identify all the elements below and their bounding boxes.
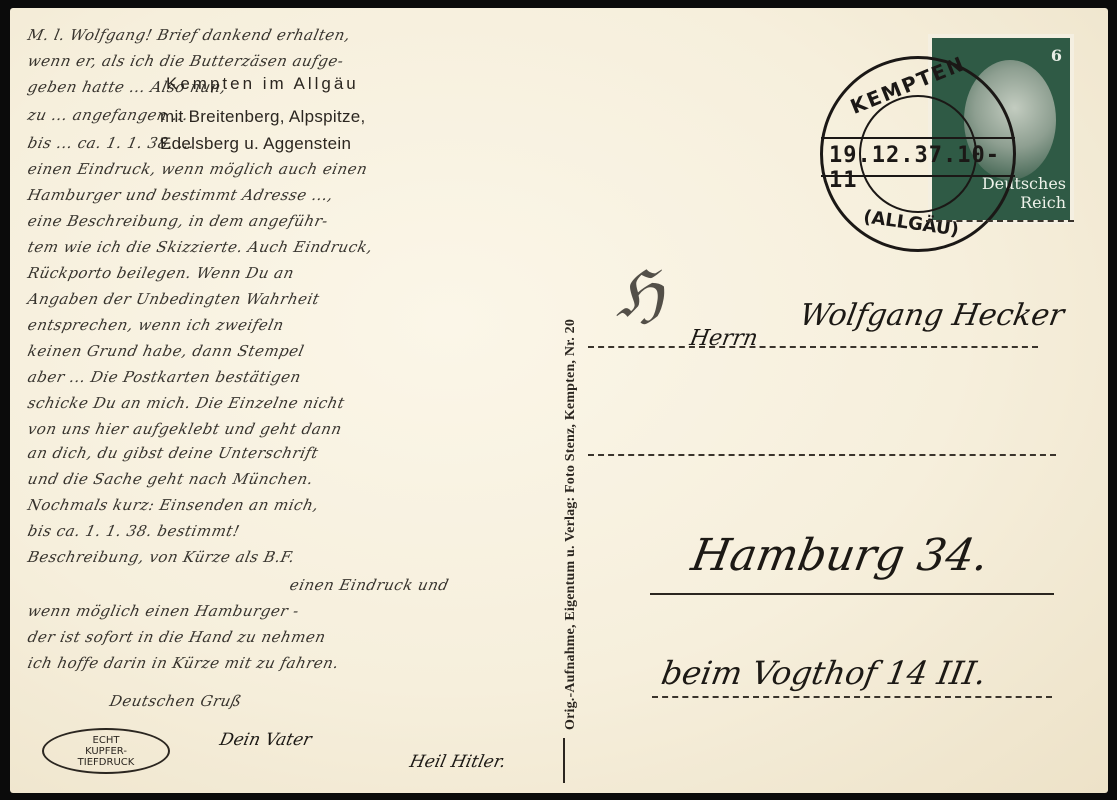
- postcard-back: Kempten im Allgäu mit Breitenberg, Alpsp…: [10, 8, 1108, 793]
- address-line-3: [652, 696, 1052, 698]
- print-mark-line: TIEFDRUCK: [44, 757, 168, 768]
- address-street: beim Vogthof 14 III.: [659, 654, 990, 692]
- divider-line: [563, 738, 565, 783]
- message-line: M. l. Wolfgang! Brief dankend erhalten,: [26, 26, 352, 44]
- message-line: Beschreibung, von Kürze als B.F.: [26, 548, 296, 566]
- message-line: wenn möglich einen Hamburger -: [26, 602, 301, 620]
- message-line: bis ca. 1. 1. 38. bestimmt!: [26, 522, 241, 540]
- print-mark-oval: ECHT KUPFER- TIEFDRUCK: [42, 728, 170, 774]
- address-line-2: [588, 454, 1056, 456]
- publisher-imprint: Orig.-Aufnahme, Eigentum u. Verlag: Foto…: [563, 319, 579, 730]
- print-mark-line: KUPFER-: [44, 746, 168, 757]
- postmark-date: 19.12.37.10-11: [829, 143, 1013, 193]
- message-line: geben hatte ... Also nun,: [26, 78, 228, 96]
- address-line-1: [588, 346, 1038, 348]
- message-line: Nochmals kurz: Einsenden an mich,: [26, 496, 320, 514]
- message-line: zu ... angefangen ...: [26, 106, 190, 124]
- stamp-value: 6: [1051, 46, 1062, 65]
- address-city-underline: [650, 593, 1054, 595]
- print-mark-line: ECHT: [44, 735, 168, 746]
- message-line: und die Sache geht nach München.: [26, 470, 315, 488]
- message-line: Hamburger und bestimmt Adresse ...,: [26, 186, 335, 204]
- message-line: von uns hier aufgeklebt und geht dann: [26, 420, 344, 438]
- printed-subtitle-1: mit Breitenberg, Alpspitze,: [160, 107, 366, 127]
- address-city: Hamburg 34.: [688, 530, 993, 581]
- signature: Dein Vater: [218, 730, 314, 750]
- message-line: entsprechen, wenn ich zweifeln: [26, 316, 286, 334]
- closing: Heil Hitler.: [408, 752, 508, 772]
- salutation-flourish: ℌ: [613, 258, 674, 332]
- message-line: der ist sofort in die Hand zu nehmen: [26, 628, 327, 646]
- message-line: an dich, du gibst deine Unterschrift: [26, 444, 320, 462]
- message-line: aber ... Die Postkarten bestätigen: [26, 368, 303, 386]
- stamp-area-line: [926, 220, 1074, 222]
- message-line: einen Eindruck und: [288, 576, 450, 594]
- message-line: ich hoffe darin in Kürze mit zu fahren.: [26, 654, 341, 672]
- message-line: Deutschen Gruß: [108, 692, 243, 710]
- message-line: wenn er, als ich die Butterzäsen aufge-: [26, 52, 345, 70]
- postmark-cancel: KEMPTEN 19.12.37.10-11 (ALLGÄU): [820, 56, 1016, 252]
- message-line: eine Beschreibung, in dem angeführ-: [26, 212, 330, 230]
- message-line: bis ... ca. 1. 1. 38. ...: [26, 134, 196, 152]
- message-line: Angaben der Unbedingten Wahrheit: [26, 290, 321, 308]
- address-name: Wolfgang Hecker: [797, 298, 1067, 333]
- message-line: Rückporto beilegen. Wenn Du an: [26, 264, 296, 282]
- message-line: keinen Grund habe, dann Stempel: [26, 342, 306, 360]
- message-line: schicke Du an mich. Die Einzelne nicht: [26, 394, 346, 412]
- message-line: einen Eindruck, wenn möglich auch einen: [26, 160, 369, 178]
- message-line: tem wie ich die Skizzierte. Auch Eindruc…: [26, 238, 374, 256]
